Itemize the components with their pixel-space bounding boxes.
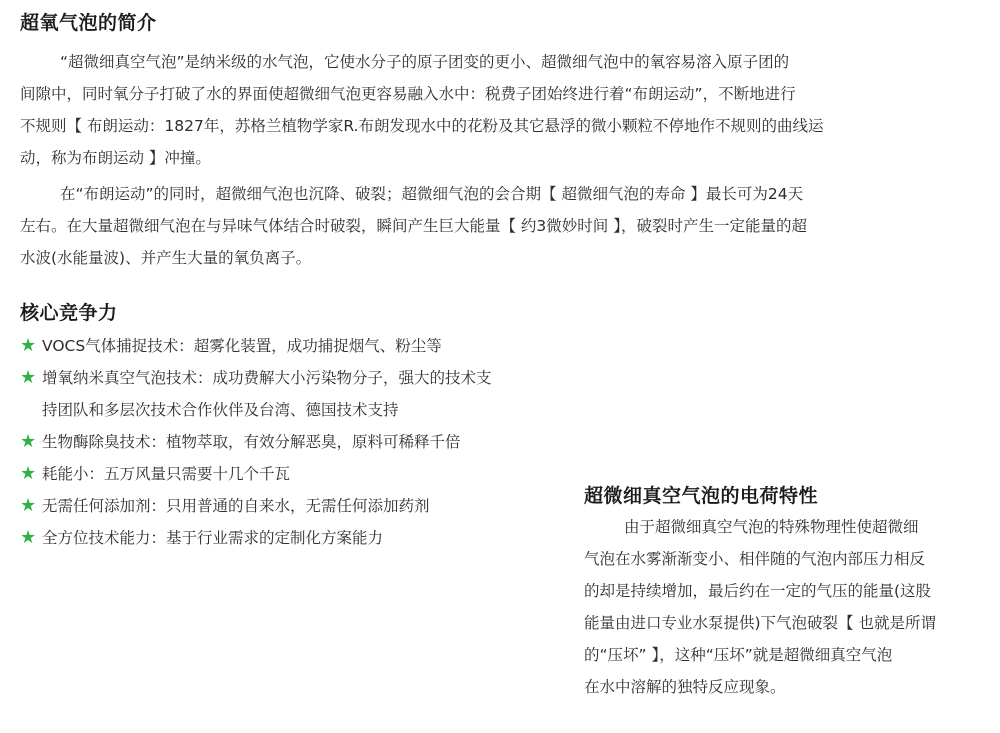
text-line: 动，称为布朗运动 】冲撞。 — [20, 142, 980, 174]
text-line: 气泡在水雾渐渐变小、相伴随的气泡内部压力相反 — [584, 543, 994, 575]
text-line: 能量由进口专业水泵提供)下气泡破裂【 也就是所谓 — [584, 607, 994, 639]
list-item: ★VOCS气体捕捉技术：超雾化装置，成功捕捉烟气、粉尘等 — [20, 330, 492, 362]
text-line: 左右。在大量超微细气泡在与异味气体结合时破裂，瞬间产生巨大能量【 约3微妙时间 … — [20, 210, 980, 242]
text-line: 在水中溶解的独特反应现象。 — [584, 671, 994, 703]
text-line: 的却是持续增加，最后约在一定的气压的能量(这股 — [584, 575, 994, 607]
list-item-text: 全方位技术能力：基于行业需求的定制化方案能力 — [42, 529, 383, 547]
list-item-text: 生物酶除臭技术：植物萃取，有效分解恶臭，原料可稀释千倍 — [42, 433, 461, 451]
list-item: ★增氧纳米真空气泡技术：成功费解大小污染物分子，强大的技术支 — [20, 362, 492, 394]
list-item: ★生物酶除臭技术：植物萃取，有效分解恶臭，原料可稀释千倍 — [20, 426, 492, 458]
core-competitiveness-list: ★VOCS气体捕捉技术：超雾化装置，成功捕捉烟气、粉尘等 ★增氧纳米真空气泡技术… — [20, 330, 492, 554]
list-item-continuation: 持团队和多层次技术合作伙伴及台湾、德国技术支持 — [20, 394, 492, 426]
core-competitiveness-heading: 核心竞争力 — [20, 298, 118, 325]
intro-paragraph-1: “超微细真空气泡”是纳米级的水气泡，它使水分子的原子团变的更小、超微细气泡中的氧… — [20, 46, 980, 174]
charge-paragraph: 由于超微细真空气泡的特殊物理性使超微细 气泡在水雾渐渐变小、相伴随的气泡内部压力… — [584, 511, 994, 703]
text-line: “超微细真空气泡”是纳米级的水气泡，它使水分子的原子团变的更小、超微细气泡中的氧… — [20, 46, 980, 78]
star-icon: ★ — [20, 362, 42, 394]
charge-characteristics-heading: 超微细真空气泡的电荷特性 — [584, 481, 818, 508]
text-line: 的“压坏” 】，这种“压坏”就是超微细真空气泡 — [584, 639, 994, 671]
text-line: 不规则【 布朗运动：1827年，苏格兰植物学家R.布朗发现水中的花粉及其它悬浮的… — [20, 110, 980, 142]
list-item: ★无需任何添加剂：只用普通的自来水，无需任何添加药剂 — [20, 490, 492, 522]
list-item: ★全方位技术能力：基于行业需求的定制化方案能力 — [20, 522, 492, 554]
intro-heading: 超氧气泡的简介 — [20, 8, 157, 35]
star-icon: ★ — [20, 426, 42, 458]
text-line: 间隙中，同时氧分子打破了水的界面使超微细气泡更容易融入水中：税费子团始终进行着“… — [20, 78, 980, 110]
list-item-text: 耗能小：五万风量只需要十几个千瓦 — [42, 465, 290, 483]
star-icon: ★ — [20, 522, 42, 554]
text-line: 在“布朗运动”的同时，超微细气泡也沉降、破裂；超微细气泡的会合期【 超微细气泡的… — [20, 178, 980, 210]
list-item-text: 无需任何添加剂：只用普通的自来水，无需任何添加药剂 — [42, 497, 430, 515]
star-icon: ★ — [20, 330, 42, 362]
text-line: 由于超微细真空气泡的特殊物理性使超微细 — [584, 511, 994, 543]
intro-paragraph-2: 在“布朗运动”的同时，超微细气泡也沉降、破裂；超微细气泡的会合期【 超微细气泡的… — [20, 178, 980, 274]
star-icon: ★ — [20, 458, 42, 490]
text-line: 水波(水能量波)、并产生大量的氧负离子。 — [20, 242, 980, 274]
list-item-text: 持团队和多层次技术合作伙伴及台湾、德国技术支持 — [42, 401, 399, 419]
list-item-text: 增氧纳米真空气泡技术：成功费解大小污染物分子，强大的技术支 — [42, 369, 492, 387]
star-icon: ★ — [20, 490, 42, 522]
list-item: ★耗能小：五万风量只需要十几个千瓦 — [20, 458, 492, 490]
list-item-text: VOCS气体捕捉技术：超雾化装置，成功捕捉烟气、粉尘等 — [42, 337, 442, 355]
